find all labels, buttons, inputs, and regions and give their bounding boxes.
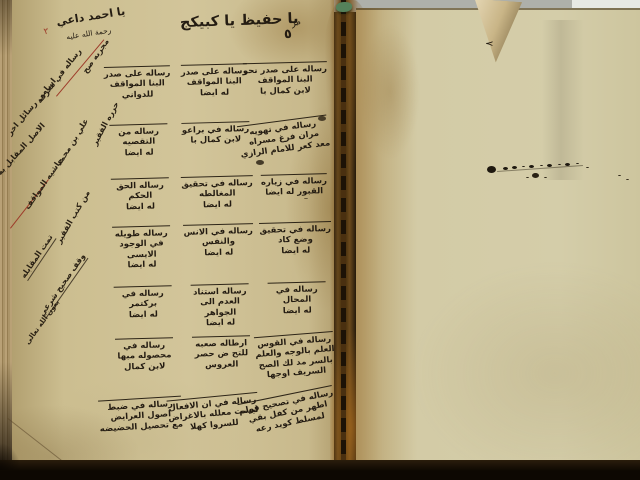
entry-cell: رساله استنادالعدم الىالجواهرله ايضا [191,283,250,329]
entry-line: له ايضا [182,199,254,211]
entry-cell: رساله في زيارهالقبور له ايضا [261,173,328,198]
entry-cell: رساله في براعولابن كمال با [182,121,250,146]
margin-note: مجربه صح [81,37,111,75]
entry-line: له ايضا [192,318,250,329]
entries-grid: رساله على صدر نحوالبنا المواقفلابن كمال … [101,61,337,461]
margin-note: حرره الفقير [90,100,121,147]
ink-splatter [487,166,496,173]
entry-cell: رساله في القوسالعلم بالوجه والعلمبالسر م… [253,331,336,382]
margin-note: اسامي رسائل اخر [5,77,58,137]
margin-note: حاشيه المواقف [23,156,65,211]
entry-cell: رساله في تحقيقالمغالطهله ايضا [181,175,253,211]
entry-cell: ارطاله صعبهللتح ض حصرالعروس [192,335,251,371]
entry-cell: رساله في تهويهمران فرغ مسراهمعد كعر للام… [237,115,331,161]
margin-note: وقف صحيح شرعي [37,252,89,319]
book-corner-shadow [0,436,26,470]
right-page [356,8,640,464]
entry-line: لابن كمال با [243,85,327,97]
entry-cell: رساله فيالمحالله ايضا [268,281,327,317]
entry-line: له ايضا [184,247,254,259]
green-stitch [336,2,352,12]
entry-cell: رساله على صدر نحوالبنا المواقفلابن كمال … [243,61,328,97]
entry-line: القبور له ايضا [261,187,327,199]
entry-line: المحال [268,295,326,306]
entry-line: العدم الى [191,297,249,308]
entry-line: له ايضا [181,87,248,99]
entry-line: له ايضا [268,305,326,316]
entry-line: للتح ض حصر [192,349,250,360]
entry-line: له ايضا [260,245,332,257]
page-shadow [542,20,584,180]
entry-line: العروس [193,359,251,370]
entry-cell: رساله على صدرالبنا المواقفله ايضا [181,63,248,99]
entry-line: لابن كمال با [182,135,250,147]
right-page-corner-mark: ٧ [483,41,494,47]
margin-note: تمت المقابله [19,233,56,281]
margin-note: من كتب الفقير [54,189,92,245]
book-photo: يا حفيظ يا كبيكج يا احمد داعي رحمة الله … [0,0,640,480]
entry-cell: رساله في الانسوالنفسله ايضا [183,223,253,259]
binding-thread [341,0,346,464]
table-shadow-bottom [0,460,640,480]
marginalia-layer: مجربه صحرساله في معرفهاسامي رسائل اخرالا… [0,0,130,420]
entry-cell: رساله في تحقيقوضع كادله ايضا [259,221,331,257]
